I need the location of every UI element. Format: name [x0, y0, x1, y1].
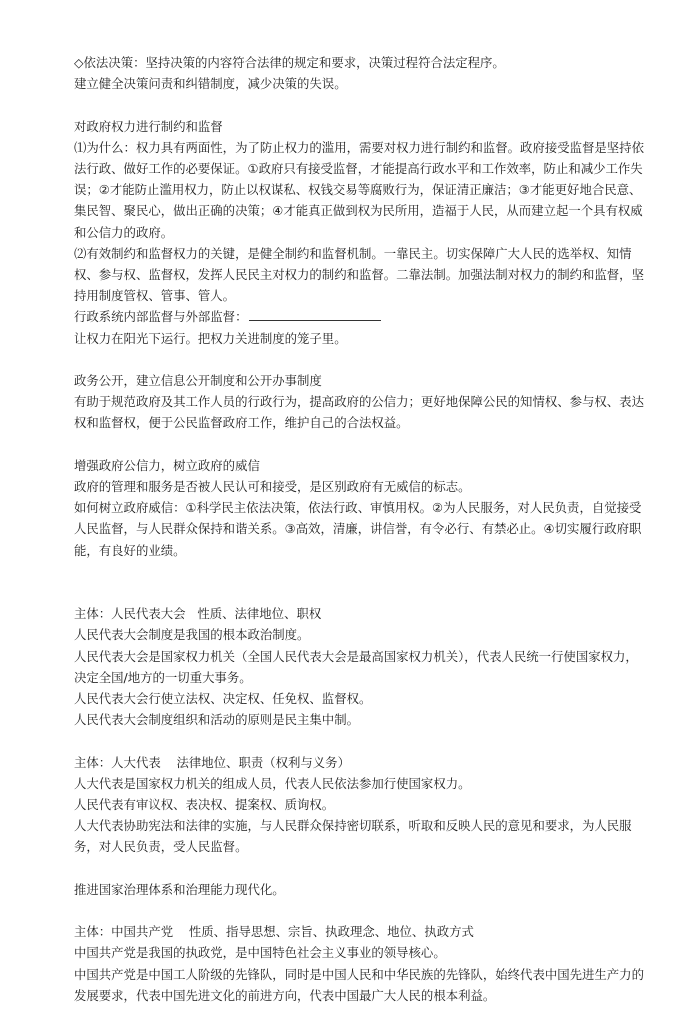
- paragraph: 如何树立政府威信：①科学民主依法决策，依法行政、审慎用权。②为人民服务，对人民负…: [74, 497, 646, 561]
- fill-in-blank-line: 行政系统内部监督与外部监督：: [74, 306, 646, 327]
- section-peoples-congress: 主体：人民代表大会 性质、法律地位、职权 人民代表大会制度是我国的根本政治制度。…: [74, 603, 646, 730]
- section-heading: 对政府权力进行制约和监督: [74, 116, 646, 137]
- blank-label: 行政系统内部监督与外部监督：: [74, 309, 247, 324]
- paragraph: 人大代表协助宪法和法律的实施，与人民群众保持密切联系，听取和反映人民的意见和要求…: [74, 815, 646, 857]
- section-government-credibility: 增强政府公信力，树立政府的威信 政府的管理和服务是否被人民认可和接受，是区别政府…: [74, 455, 646, 561]
- text-line: ◇依法决策：坚持决策的内容符合法律的规定和要求，决策过程符合法定程序。: [74, 52, 646, 73]
- document-page: ◇依法决策：坚持决策的内容符合法律的规定和要求，决策过程符合法定程序。 建立健全…: [74, 52, 646, 1006]
- paragraph: 人民代表有审议权、表决权、提案权、质询权。: [74, 794, 646, 815]
- section-heading: 主体：人大代表 法律地位、职责（权利与义务）: [74, 752, 646, 773]
- spacer: [74, 582, 646, 603]
- paragraph: 中国共产党是中国工人阶级的先锋队，同时是中国人民和中华民族的先锋队，始终代表中国…: [74, 964, 646, 1006]
- spacer: [74, 349, 646, 370]
- paragraph: ⑴为什么：权力具有两面性，为了防止权力的滥用，需要对权力进行制约和监督。政府接受…: [74, 137, 646, 243]
- section-open-government: 政务公开，建立信息公开制度和公开办事制度 有助于规范政府及其工作人员的行政行为，…: [74, 370, 646, 434]
- text-line: 建立健全决策问责和纠错制度，减少决策的失误。: [74, 73, 646, 94]
- paragraph: 人民代表大会制度组织和活动的原则是民主集中制。: [74, 709, 646, 730]
- text-line: 推进国家治理体系和治理能力现代化。: [74, 879, 646, 900]
- spacer: [74, 561, 646, 582]
- section-heading: 主体：人民代表大会 性质、法律地位、职权: [74, 603, 646, 624]
- text-line: 让权力在阳光下运行。把权力关进制度的笼子里。: [74, 328, 646, 349]
- spacer: [74, 900, 646, 921]
- paragraph: 政府的管理和服务是否被人民认可和接受，是区别政府有无威信的标志。: [74, 476, 646, 497]
- paragraph: 人民代表大会制度是我国的根本政治制度。: [74, 624, 646, 645]
- paragraph: 中国共产党是我国的执政党，是中国特色社会主义事业的领导核心。: [74, 942, 646, 963]
- spacer: [74, 434, 646, 455]
- blank-underline: [249, 308, 381, 321]
- paragraph: 人民代表大会是国家权力机关（全国人民代表大会是最高国家权力机关），代表人民统一行…: [74, 646, 646, 688]
- section-power-supervision: 对政府权力进行制约和监督 ⑴为什么：权力具有两面性，为了防止权力的滥用，需要对权…: [74, 116, 646, 349]
- section-heading: 增强政府公信力，树立政府的威信: [74, 455, 646, 476]
- spacer: [74, 94, 646, 115]
- section-heading: 主体：中国共产党 性质、指导思想、宗旨、执政理念、地位、执政方式: [74, 921, 646, 942]
- paragraph: ⑵有效制约和监督权力的关键，是健全制约和监督机制。一靠民主。切实保障广大人民的选…: [74, 243, 646, 307]
- spacer: [74, 730, 646, 751]
- section-governance-modernization: 推进国家治理体系和治理能力现代化。: [74, 879, 646, 900]
- section-heading: 政务公开，建立信息公开制度和公开办事制度: [74, 370, 646, 391]
- spacer: [74, 858, 646, 879]
- paragraph: 有助于规范政府及其工作人员的行政行为，提高政府的公信力；更好地保障公民的知情权、…: [74, 391, 646, 433]
- paragraph: 人大代表是国家权力机关的组成人员，代表人民依法参加行使国家权力。: [74, 773, 646, 794]
- section-lawful-decision: ◇依法决策：坚持决策的内容符合法律的规定和要求，决策过程符合法定程序。 建立健全…: [74, 52, 646, 94]
- paragraph: 人民代表大会行使立法权、决定权、任免权、监督权。: [74, 688, 646, 709]
- section-npc-deputies: 主体：人大代表 法律地位、职责（权利与义务） 人大代表是国家权力机关的组成人员，…: [74, 752, 646, 858]
- section-communist-party: 主体：中国共产党 性质、指导思想、宗旨、执政理念、地位、执政方式 中国共产党是我…: [74, 921, 646, 1006]
